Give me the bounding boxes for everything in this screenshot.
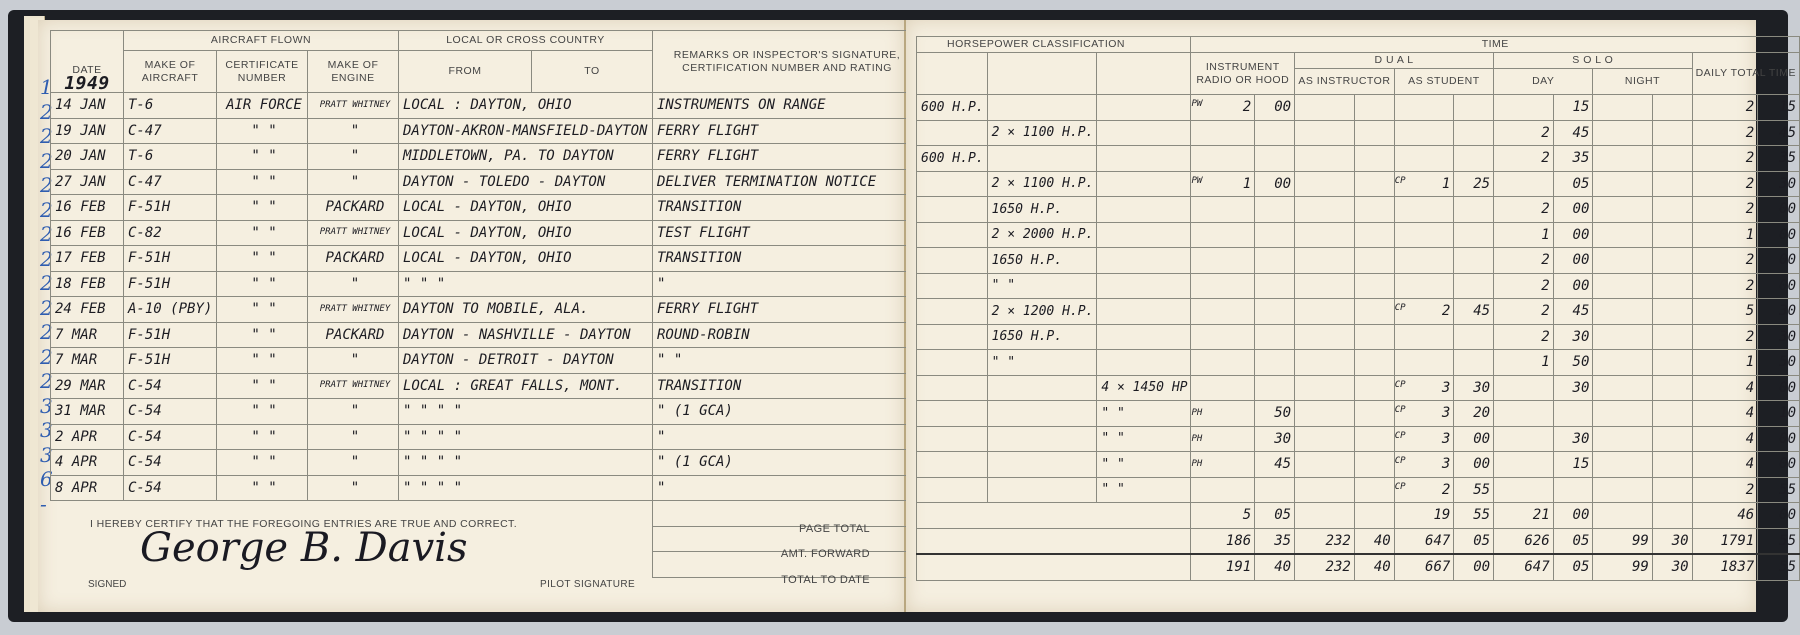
remarks-cell: INSTRUMENTS ON RANGE xyxy=(653,93,922,119)
engine-cell: PRATT WHITNEY xyxy=(308,220,399,246)
instrument-hours xyxy=(1191,477,1255,503)
instrument-hours xyxy=(1191,197,1255,223)
route-cell: DAYTON TO MOBILE, ALA. xyxy=(399,297,653,323)
horsepower-header: HORSEPOWER CLASSIFICATION xyxy=(917,37,1191,53)
solo-day-hours: 2 xyxy=(1494,120,1554,146)
daily-total-minutes: 10 xyxy=(1758,401,1800,427)
instructor-minutes xyxy=(1354,171,1394,197)
time-row: 600 H.P.235235 xyxy=(917,146,1800,172)
time-row: " "PH45CP30015400 xyxy=(917,452,1800,478)
hp-class-2 xyxy=(987,401,1097,427)
time-header: TIME xyxy=(1191,37,1800,53)
student-tag: CP xyxy=(1395,482,1406,492)
from-header: FROM xyxy=(399,51,532,93)
student-minutes xyxy=(1454,95,1494,121)
instructor-minutes xyxy=(1354,324,1394,350)
instrument-hours xyxy=(1191,146,1255,172)
hp-class-3 xyxy=(1097,146,1191,172)
solo-day-minutes xyxy=(1553,477,1593,503)
time-row: 1650 H.P.230230 xyxy=(917,324,1800,350)
solo-day-hours xyxy=(1494,426,1554,452)
hp-class-3 xyxy=(1097,324,1191,350)
aircraft-cell: C-54 xyxy=(124,399,217,425)
solo-night-hours xyxy=(1593,426,1652,452)
engine-cell: PACKARD xyxy=(308,195,399,221)
night-header: NIGHT xyxy=(1593,69,1692,95)
instrument-minutes xyxy=(1255,120,1295,146)
hp-class-1 xyxy=(917,248,988,274)
hp-class-2 xyxy=(987,452,1097,478)
instructor-hours xyxy=(1295,299,1355,325)
route-cell: " " " " xyxy=(399,475,653,501)
certificate-cell: " " xyxy=(217,373,308,399)
instrument-minutes xyxy=(1255,273,1295,299)
remarks-cell: ROUND-ROBIN xyxy=(653,322,922,348)
solo-day-hours: 2 xyxy=(1494,299,1554,325)
solo-night-minutes xyxy=(1652,222,1692,248)
night-total-hours: 99 xyxy=(1593,528,1652,554)
daily-total-minutes: 30 xyxy=(1758,324,1800,350)
instrument-minutes xyxy=(1255,350,1295,376)
stud-total-hours: 667 xyxy=(1394,554,1454,580)
daily-total-hours: 2 xyxy=(1692,273,1758,299)
hp-class-3: " " xyxy=(1097,401,1191,427)
flight-entry-row: 7 MARF-51H" "PACKARDDAYTON - NASHVILLE -… xyxy=(51,322,922,348)
time-row: 2 × 2000 H.P.100100 xyxy=(917,222,1800,248)
instrument-hours: PH xyxy=(1191,426,1255,452)
totals-row-amt-forward: 186352324064705626059930179155 xyxy=(917,528,1800,554)
flight-entry-row: 18 FEBF-51H" """ " "" xyxy=(51,271,922,297)
hp-class-1 xyxy=(917,452,988,478)
hp-class-2 xyxy=(987,146,1097,172)
stud-total-minutes: 00 xyxy=(1454,554,1494,580)
student-hours: CP2 xyxy=(1394,299,1454,325)
student-tag: CP xyxy=(1395,303,1406,313)
daily-total-minutes: 45 xyxy=(1758,120,1800,146)
page-total-label: PAGE TOTAL xyxy=(700,523,870,535)
flight-entry-row: 19 JANC-47" ""DAYTON-AKRON-MANSFIELD-DAY… xyxy=(51,118,922,144)
solo-header: S O L O xyxy=(1494,53,1693,69)
solo-night-minutes xyxy=(1652,248,1692,274)
daily-total-header: DAILY TOTAL TIME xyxy=(1692,53,1799,95)
instructor-hours xyxy=(1295,222,1355,248)
student-minutes: 55 xyxy=(1454,477,1494,503)
tot-total-minutes: 55 xyxy=(1758,528,1800,554)
student-hours xyxy=(1394,248,1454,274)
solo-night-hours xyxy=(1593,95,1652,121)
solo-night-hours xyxy=(1593,375,1652,401)
solo-night-hours xyxy=(1593,350,1652,376)
date-cell: 18 FEB xyxy=(51,271,124,297)
solo-night-hours xyxy=(1593,299,1652,325)
total-to-date-label: TOTAL TO DATE xyxy=(700,574,870,586)
hp-class-1 xyxy=(917,401,988,427)
student-hours: CP3 xyxy=(1394,375,1454,401)
solo-day-minutes: 45 xyxy=(1553,299,1593,325)
instrument-hours xyxy=(1191,299,1255,325)
student-minutes xyxy=(1454,248,1494,274)
route-cell: " " " " xyxy=(399,424,653,450)
tot-total-hours: 46 xyxy=(1692,503,1758,529)
totals-row-total-to-date: 191402324066700647059930183755 xyxy=(917,554,1800,580)
date-cell: 19 JAN xyxy=(51,118,124,144)
night-total-hours: 99 xyxy=(1593,554,1652,580)
student-tag: CP xyxy=(1395,456,1406,466)
daily-total-hours: 2 xyxy=(1692,197,1758,223)
day-total-hours: 647 xyxy=(1494,554,1554,580)
make-of-engine-header: MAKE OF ENGINE xyxy=(308,51,399,93)
instrument-tag: PH xyxy=(1191,459,1202,469)
hp-class-2: 2 × 1100 H.P. xyxy=(987,171,1097,197)
hp-class-1 xyxy=(917,120,988,146)
night-total-minutes: 30 xyxy=(1652,528,1692,554)
solo-night-minutes xyxy=(1652,146,1692,172)
certificate-cell: " " xyxy=(217,118,308,144)
student-minutes: 00 xyxy=(1454,452,1494,478)
flight-entries-table: DATE 1949 AIRCRAFT FLOWN LOCAL OR CROSS … xyxy=(50,30,922,578)
stud-total-hours: 647 xyxy=(1394,528,1454,554)
daily-total-hours: 2 xyxy=(1692,146,1758,172)
instrument-tag: PH xyxy=(1191,434,1202,444)
flight-entry-row: 31 MARC-54" """ " " "" (1 GCA) xyxy=(51,399,922,425)
aircraft-cell: C-47 xyxy=(124,169,217,195)
student-minutes xyxy=(1454,273,1494,299)
instructor-hours xyxy=(1295,426,1355,452)
instructor-minutes xyxy=(1354,248,1394,274)
hp-class-1 xyxy=(917,222,988,248)
certificate-cell: " " xyxy=(217,144,308,170)
hp-class-2: 2 × 2000 H.P. xyxy=(987,222,1097,248)
inst-total-minutes: 35 xyxy=(1255,528,1295,554)
instructor-hours xyxy=(1295,375,1355,401)
instrument-minutes xyxy=(1255,477,1295,503)
instructor-hours xyxy=(1295,452,1355,478)
daily-total-hours: 1 xyxy=(1692,222,1758,248)
stud-total-hours: 19 xyxy=(1394,503,1454,529)
solo-day-minutes: 00 xyxy=(1553,222,1593,248)
solo-day-hours: 2 xyxy=(1494,197,1554,223)
daily-total-minutes: 00 xyxy=(1758,248,1800,274)
instrument-h: 2 xyxy=(1243,99,1251,115)
day-total-hours: 21 xyxy=(1494,503,1554,529)
hp-class-1 xyxy=(917,324,988,350)
time-row: 1650 H.P.200200 xyxy=(917,248,1800,274)
aircraft-cell: A-10 (PBY) xyxy=(124,297,217,323)
certificate-cell: " " xyxy=(217,424,308,450)
solo-day-hours: 1 xyxy=(1494,222,1554,248)
hp-class-2 xyxy=(987,375,1097,401)
date-cell: 4 APR xyxy=(51,450,124,476)
certificate-cell: " " xyxy=(217,399,308,425)
daily-total-minutes: 55 xyxy=(1758,477,1800,503)
time-row: " "CP255255 xyxy=(917,477,1800,503)
date-cell: 27 JAN xyxy=(51,169,124,195)
certificate-cell: AIR FORCE xyxy=(217,93,308,119)
solo-day-hours xyxy=(1494,477,1554,503)
hp-class-1 xyxy=(917,171,988,197)
hp-class-3 xyxy=(1097,350,1191,376)
instrument-hours xyxy=(1191,222,1255,248)
hp-class-2: 2 × 1200 H.P. xyxy=(987,299,1097,325)
hp-class-3 xyxy=(1097,222,1191,248)
route-cell: " " " " xyxy=(399,450,653,476)
instructor-hours xyxy=(1295,350,1355,376)
instructor-minutes xyxy=(1354,197,1394,223)
flight-entry-row: 14 JANT-6AIR FORCEPRATT WHITNEYLOCAL : D… xyxy=(51,93,922,119)
remarks-cell: FERRY FLIGHT xyxy=(653,118,922,144)
instrument-hours xyxy=(1191,248,1255,274)
engine-cell: " xyxy=(308,271,399,297)
solo-day-minutes: 00 xyxy=(1553,273,1593,299)
night-total-hours xyxy=(1593,503,1652,529)
date-cell: 16 FEB xyxy=(51,195,124,221)
engine-cell: " xyxy=(308,348,399,374)
stud-total-minutes: 55 xyxy=(1454,503,1494,529)
flight-entry-row: 2 APRC-54" """ " " "" xyxy=(51,424,922,450)
student-hours xyxy=(1394,222,1454,248)
date-cell: 2 APR xyxy=(51,424,124,450)
instructor-minutes xyxy=(1354,375,1394,401)
instrument-hours xyxy=(1191,375,1255,401)
remarks-cell: TEST FLIGHT xyxy=(653,220,922,246)
date-cell: 8 APR xyxy=(51,475,124,501)
solo-day-hours: 2 xyxy=(1494,248,1554,274)
engine-cell: " xyxy=(308,450,399,476)
certificate-number-header: CERTIFICATE NUMBER xyxy=(217,51,308,93)
instr-total-minutes xyxy=(1354,503,1394,529)
solo-day-hours xyxy=(1494,375,1554,401)
remarks-cell: " xyxy=(653,424,922,450)
instrument-minutes: 30 xyxy=(1255,426,1295,452)
day-total-hours: 626 xyxy=(1494,528,1554,554)
hp-class-1 xyxy=(917,273,988,299)
date-cell: 17 FEB xyxy=(51,246,124,272)
hp-class-2: 1650 H.P. xyxy=(987,197,1097,223)
student-h: 1 xyxy=(1442,176,1450,192)
student-minutes xyxy=(1454,197,1494,223)
solo-day-minutes: 45 xyxy=(1553,120,1593,146)
solo-night-hours xyxy=(1593,146,1652,172)
remarks-header: REMARKS OR INSPECTOR'S SIGNATURE, CERTIF… xyxy=(653,31,922,93)
as-instructor-header: AS INSTRUCTOR xyxy=(1295,69,1395,95)
solo-night-minutes xyxy=(1652,375,1692,401)
student-h: 2 xyxy=(1442,303,1450,319)
solo-day-minutes: 15 xyxy=(1553,95,1593,121)
date-cell: 31 MAR xyxy=(51,399,124,425)
instrument-tag: PW xyxy=(1191,99,1202,109)
daily-total-minutes: 30 xyxy=(1758,299,1800,325)
time-row: 4 × 1450 HPCP33030400 xyxy=(917,375,1800,401)
hp-class-1 xyxy=(917,197,988,223)
aircraft-cell: F-51H xyxy=(124,195,217,221)
daily-total-hours: 4 xyxy=(1692,452,1758,478)
instrument-minutes xyxy=(1255,197,1295,223)
student-tag: CP xyxy=(1395,380,1406,390)
flight-entry-row: 7 MARF-51H" ""DAYTON - DETROIT - DAYTON"… xyxy=(51,348,922,374)
engine-cell: " xyxy=(308,399,399,425)
solo-day-minutes: 05 xyxy=(1553,171,1593,197)
daily-total-hours: 4 xyxy=(1692,375,1758,401)
instrument-minutes xyxy=(1255,248,1295,274)
engine-cell: " xyxy=(308,424,399,450)
route-cell: " " " xyxy=(399,271,653,297)
daily-total-minutes: 00 xyxy=(1758,375,1800,401)
daily-total-minutes: 50 xyxy=(1758,350,1800,376)
solo-night-minutes xyxy=(1652,120,1692,146)
solo-night-hours xyxy=(1593,452,1652,478)
instrument-minutes xyxy=(1255,324,1295,350)
hp-col-1 xyxy=(917,53,988,95)
student-hours: CP1 xyxy=(1394,171,1454,197)
instructor-hours xyxy=(1295,120,1355,146)
route-cell: LOCAL : GREAT FALLS, MONT. xyxy=(399,373,653,399)
route-cell: LOCAL - DAYTON, OHIO xyxy=(399,195,653,221)
student-minutes xyxy=(1454,146,1494,172)
hp-class-3 xyxy=(1097,197,1191,223)
student-hours: CP3 xyxy=(1394,426,1454,452)
solo-night-hours xyxy=(1593,222,1652,248)
student-minutes xyxy=(1454,324,1494,350)
instructor-minutes xyxy=(1354,350,1394,376)
daily-total-minutes: 00 xyxy=(1758,197,1800,223)
instrument-hours: PW2 xyxy=(1191,95,1255,121)
instr-total-hours: 232 xyxy=(1295,528,1355,554)
daily-total-minutes: 00 xyxy=(1758,426,1800,452)
instructor-hours xyxy=(1295,273,1355,299)
student-minutes: 20 xyxy=(1454,401,1494,427)
date-header: DATE 1949 xyxy=(51,31,124,93)
hp-class-3: 4 × 1450 HP xyxy=(1097,375,1191,401)
flight-entry-row: 16 FEBF-51H" "PACKARDLOCAL - DAYTON, OHI… xyxy=(51,195,922,221)
instructor-minutes xyxy=(1354,477,1394,503)
time-row: 2 × 1100 H.P.245245 xyxy=(917,120,1800,146)
instrument-minutes: 45 xyxy=(1255,452,1295,478)
route-cell: LOCAL - DAYTON, OHIO xyxy=(399,246,653,272)
aircraft-cell: F-51H xyxy=(124,246,217,272)
daily-total-minutes: 00 xyxy=(1758,273,1800,299)
certificate-cell: " " xyxy=(217,322,308,348)
time-table: HORSEPOWER CLASSIFICATION TIME INSTRUMEN… xyxy=(916,36,1800,581)
engine-cell: " xyxy=(308,118,399,144)
instructor-minutes xyxy=(1354,273,1394,299)
instructor-hours xyxy=(1295,171,1355,197)
solo-night-minutes xyxy=(1652,426,1692,452)
instructor-minutes xyxy=(1354,146,1394,172)
solo-night-minutes xyxy=(1652,477,1692,503)
route-cell: " " " " xyxy=(399,399,653,425)
hp-class-1: 600 H.P. xyxy=(917,146,988,172)
hp-class-3 xyxy=(1097,273,1191,299)
student-minutes: 25 xyxy=(1454,171,1494,197)
aircraft-cell: C-54 xyxy=(124,475,217,501)
date-cell: 29 MAR xyxy=(51,373,124,399)
daily-total-hours: 2 xyxy=(1692,120,1758,146)
instructor-hours xyxy=(1295,197,1355,223)
solo-night-hours xyxy=(1593,477,1652,503)
solo-night-hours xyxy=(1593,273,1652,299)
hp-class-3: " " xyxy=(1097,452,1191,478)
hp-class-2: " " xyxy=(987,350,1097,376)
engine-cell: " xyxy=(308,475,399,501)
hp-class-2: 2 × 1100 H.P. xyxy=(987,120,1097,146)
student-minutes: 30 xyxy=(1454,375,1494,401)
time-row: 600 H.P.PW20015215 xyxy=(917,95,1800,121)
hp-class-2: 1650 H.P. xyxy=(987,248,1097,274)
time-row: 2 × 1100 H.P.PW100CP12505230 xyxy=(917,171,1800,197)
solo-day-minutes: 35 xyxy=(1553,146,1593,172)
totals-row-page-total: 505195521004600 xyxy=(917,503,1800,529)
student-hours xyxy=(1394,197,1454,223)
aircraft-cell: F-51H xyxy=(124,348,217,374)
instrument-minutes xyxy=(1255,222,1295,248)
student-minutes: 45 xyxy=(1454,299,1494,325)
flight-entry-row: 16 FEBC-82" "PRATT WHITNEYLOCAL - DAYTON… xyxy=(51,220,922,246)
instructor-hours xyxy=(1295,95,1355,121)
instrument-hours xyxy=(1191,324,1255,350)
time-row: " "200200 xyxy=(917,273,1800,299)
solo-day-minutes: 30 xyxy=(1553,324,1593,350)
flight-entry-row: 4 APRC-54" """ " " "" (1 GCA) xyxy=(51,450,922,476)
instrument-tag: PH xyxy=(1191,408,1202,418)
instrument-minutes: 50 xyxy=(1255,401,1295,427)
remarks-cell: DELIVER TERMINATION NOTICE xyxy=(653,169,922,195)
inst-total-minutes: 40 xyxy=(1255,554,1295,580)
student-hours xyxy=(1394,273,1454,299)
flight-entry-row: 20 JANT-6" ""MIDDLETOWN, PA. TO DAYTONFE… xyxy=(51,144,922,170)
solo-day-minutes: 15 xyxy=(1553,452,1593,478)
instructor-hours xyxy=(1295,248,1355,274)
daily-total-hours: 2 xyxy=(1692,477,1758,503)
student-minutes: 00 xyxy=(1454,426,1494,452)
aircraft-cell: C-47 xyxy=(124,118,217,144)
route-cell: DAYTON - NASHVILLE - DAYTON xyxy=(399,322,653,348)
daily-total-hours: 5 xyxy=(1692,299,1758,325)
instr-total-minutes: 40 xyxy=(1354,554,1394,580)
solo-night-minutes xyxy=(1652,350,1692,376)
remarks-cell: FERRY FLIGHT xyxy=(653,144,922,170)
instrument-minutes: 00 xyxy=(1255,171,1295,197)
daily-total-minutes: 00 xyxy=(1758,452,1800,478)
aircraft-cell: F-51H xyxy=(124,322,217,348)
solo-day-hours xyxy=(1494,171,1554,197)
flight-entry-row: 24 FEBA-10 (PBY)" "PRATT WHITNEYDAYTON T… xyxy=(51,297,922,323)
tot-total-minutes: 00 xyxy=(1758,503,1800,529)
student-hours xyxy=(1394,324,1454,350)
hp-class-1 xyxy=(917,299,988,325)
route-header: LOCAL OR CROSS COUNTRY xyxy=(399,31,653,51)
hp-class-3 xyxy=(1097,299,1191,325)
instr-total-hours xyxy=(1295,503,1355,529)
student-hours: CP2 xyxy=(1394,477,1454,503)
daily-total-hours: 1 xyxy=(1692,350,1758,376)
flight-entry-row: 27 JANC-47" ""DAYTON - TOLEDO - DAYTONDE… xyxy=(51,169,922,195)
remarks-cell: TRANSITION xyxy=(653,246,922,272)
student-h: 3 xyxy=(1442,405,1450,421)
route-cell: MIDDLETOWN, PA. TO DAYTON xyxy=(399,144,653,170)
remarks-cell: " (1 GCA) xyxy=(653,399,922,425)
daily-total-hours: 2 xyxy=(1692,324,1758,350)
day-total-minutes: 05 xyxy=(1553,528,1593,554)
date-cell: 16 FEB xyxy=(51,220,124,246)
day-header: DAY xyxy=(1494,69,1593,95)
tot-total-minutes: 55 xyxy=(1758,554,1800,580)
instrument-hours: PH xyxy=(1191,452,1255,478)
hp-col-3 xyxy=(1097,53,1191,95)
hp-col-2 xyxy=(987,53,1097,95)
solo-day-hours: 2 xyxy=(1494,324,1554,350)
pilot-signature: George B. Davis xyxy=(140,525,467,571)
student-h: 2 xyxy=(1442,482,1450,498)
